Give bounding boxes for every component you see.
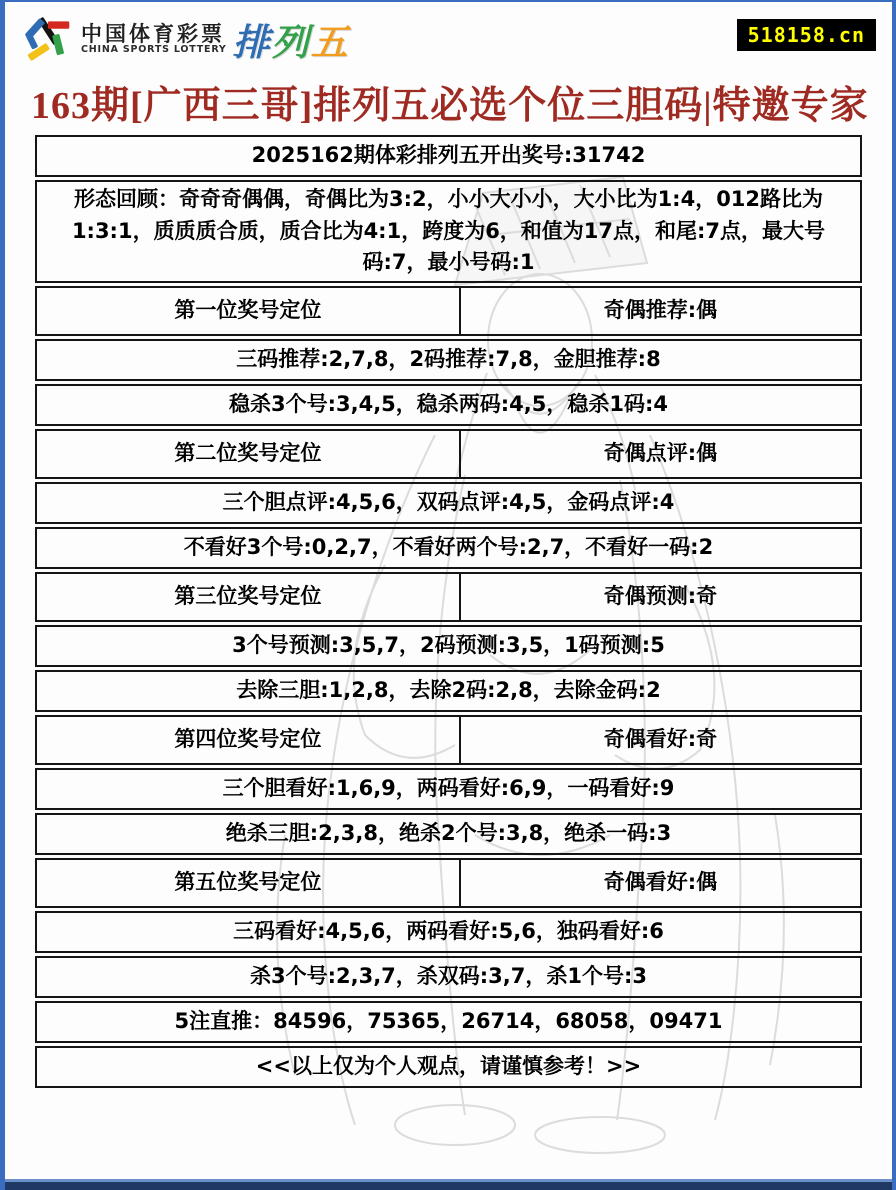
page-header: 中国体育彩票 CHINA SPORTS LOTTERY 排列五 518158.c… xyxy=(5,2,892,70)
prediction-table: 2025162期体彩排列五开出奖号:31742形态回顾：奇奇奇偶偶，奇偶比为3:… xyxy=(35,135,862,1088)
lottery-prediction-page: 中国体育彩票 CHINA SPORTS LOTTERY 排列五 518158.c… xyxy=(0,0,896,1190)
table-row: 形态回顾：奇奇奇偶偶，奇偶比为3:2，小小大小小，大小比为1:4，012路比为1… xyxy=(35,180,862,283)
table-cell-right: 奇偶推荐:偶 xyxy=(461,288,860,334)
footer-navy-bar xyxy=(5,1182,892,1190)
table-cell-right: 奇偶看好:偶 xyxy=(461,860,860,906)
table-row: 稳杀3个号:3,4,5，稳杀两码:4,5，稳杀1码:4 xyxy=(35,384,862,426)
brand-logotype: 排列五 xyxy=(233,12,350,66)
page-footer xyxy=(5,1179,892,1190)
content-area: 2025162期体彩排列五开出奖号:31742形态回顾：奇奇奇偶偶，奇偶比为3:… xyxy=(35,135,862,1088)
table-row: 2025162期体彩排列五开出奖号:31742 xyxy=(35,135,862,177)
table-row: 绝杀三胆:2,3,8，绝杀2个号:3,8，绝杀一码:3 xyxy=(35,813,862,855)
table-cell-left: 第五位奖号定位 xyxy=(37,860,461,906)
table-row: 第二位奖号定位奇偶点评:偶 xyxy=(35,429,862,479)
site-badge: 518158.cn xyxy=(737,19,876,51)
sports-lottery-figure-icon xyxy=(21,13,73,65)
table-row: 第三位奖号定位奇偶预测:奇 xyxy=(35,572,862,622)
table-cell-left: 第四位奖号定位 xyxy=(37,717,461,763)
table-row: 第四位奖号定位奇偶看好:奇 xyxy=(35,715,862,765)
table-row: 第一位奖号定位奇偶推荐:偶 xyxy=(35,286,862,336)
brand-char: 列 xyxy=(272,21,311,64)
table-row: 不看好3个号:0,2,7，不看好两个号:2,7，不看好一码:2 xyxy=(35,527,862,569)
table-row: 去除三胆:1,2,8，去除2码:2,8，去除金码:2 xyxy=(35,670,862,712)
brand-char: 排 xyxy=(233,21,272,64)
table-cell-left: 第二位奖号定位 xyxy=(37,431,461,477)
logo-wordmark: 中国体育彩票 CHINA SPORTS LOTTERY xyxy=(81,23,227,55)
brand-char: 五 xyxy=(311,21,350,64)
table-cell-right: 奇偶点评:偶 xyxy=(461,431,860,477)
table-cell-left: 第三位奖号定位 xyxy=(37,574,461,620)
table-row: 杀3个号:2,3,7，杀双码:3,7，杀1个号:3 xyxy=(35,956,862,998)
table-row: 三个胆看好:1,6,9，两码看好:6,9，一码看好:9 xyxy=(35,768,862,810)
table-cell-right: 奇偶预测:奇 xyxy=(461,574,860,620)
page-title: 163期[广西三哥]排列五必选个位三胆码|特邀专家 xyxy=(5,70,892,135)
table-row: 三码推荐:2,7,8，2码推荐:7,8，金胆推荐:8 xyxy=(35,339,862,381)
table-row: 第五位奖号定位奇偶看好:偶 xyxy=(35,858,862,908)
table-row: 3个号预测:3,5,7，2码预测:3,5，1码预测:5 xyxy=(35,625,862,667)
logo-english-text: CHINA SPORTS LOTTERY xyxy=(81,45,227,55)
table-row: 5注直推：84596，75365，26714，68058，09471 xyxy=(35,1001,862,1043)
table-cell-left: 第一位奖号定位 xyxy=(37,288,461,334)
table-row: 三个胆点评:4,5,6，双码点评:4,5，金码点评:4 xyxy=(35,482,862,524)
table-row: 三码看好:4,5,6，两码看好:5,6，独码看好:6 xyxy=(35,911,862,953)
logo-chinese-text: 中国体育彩票 xyxy=(81,23,227,45)
table-row: <<以上仅为个人观点，请谨慎参考！>> xyxy=(35,1046,862,1088)
table-cell-right: 奇偶看好:奇 xyxy=(461,717,860,763)
